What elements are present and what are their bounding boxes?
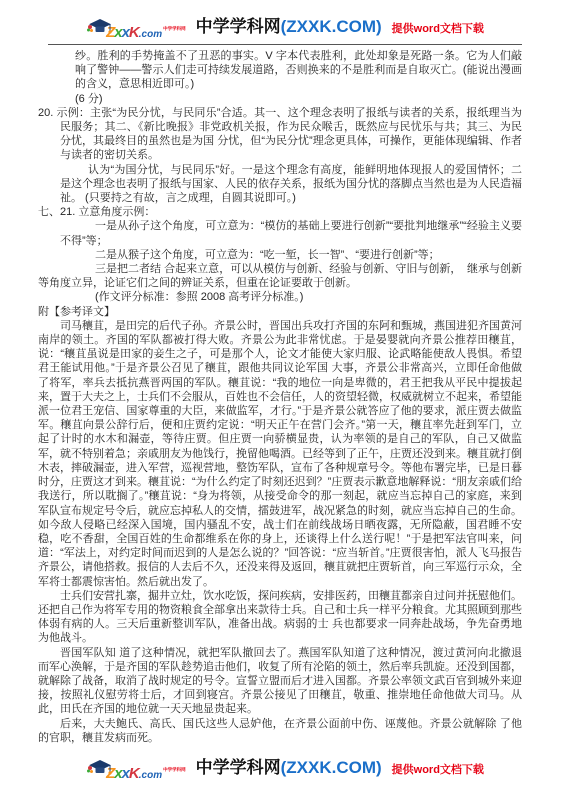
logo-letter-x1: x [114, 24, 121, 41]
site-title: 中学学科网(ZXXK.COM) [196, 18, 382, 35]
zxxk-logo-text: ZxxK.com中学学科网 [106, 766, 186, 781]
zxxk-logo: ZxxK.com中学学科网 [86, 12, 186, 40]
paragraph-alt-answer: 认为“为国分忧，与民同乐”好。一是这个理念有高度，能鲜明地体现报人的爱国情怀；二… [38, 163, 522, 206]
logo-mini-text: 中学学科网 [163, 767, 186, 772]
paragraph-translation-para: 司马穰苴，是田完的后代子孙。齐景公时，晋国出兵攻打齐国的东阿和甄城，燕国进犯齐国… [38, 319, 522, 589]
paragraph-note-line: (作文评分标准：参照 2008 高考评分标准。) [95, 290, 522, 304]
paragraph-translation-para: 士兵们安营扎寨，掘井立灶，饮水吃饭，探问疾病，安排医药，田穰苴都亲自过问并抚慰他… [38, 589, 522, 646]
paragraph-item-continuation: 纱。胜利的手势掩盖不了丑恶的事实。V 字本代表胜利，此处却象是死路一条。它为人们… [75, 49, 522, 92]
site-name: 中学学科网 [196, 17, 281, 36]
graduation-cap-icon [86, 759, 112, 779]
download-tagline-footer: 提供word文档下载 [392, 761, 484, 777]
zxxk-logo-footer: ZxxK.com中学学科网 [86, 753, 186, 781]
document-page: ZxxK.com中学学科网 中学学科网(ZXXK.COM) 提供word文档下载… [0, 0, 570, 800]
logo-letter-x1: x [114, 765, 121, 782]
site-name: 中学学科网 [196, 758, 281, 777]
paragraph-sub-point-flush: 三是把二者结 合起来立意，可以从模仿与创新、经验与创新、守旧与创新， 继承与创新… [38, 262, 522, 290]
logo-letter-k: K [129, 24, 139, 41]
document-body: 纱。胜利的手势掩盖不了丑恶的事实。V 字本代表胜利，此处却象是死路一条。它为人们… [0, 45, 570, 745]
logo-mini-text: 中学学科网 [163, 26, 186, 31]
paragraph-sub-point: 二是从猴子这个角度，可立意为：“吃一堑，长一智”、“要进行创新”等； [38, 248, 522, 262]
logo-letter-k: K [129, 765, 139, 782]
paragraph-sub-point: 一是从孙子这个角度，可立意为：“模仿的基础上要进行创新”“要批判地继承”“经验主… [38, 219, 522, 247]
page-header: ZxxK.com中学学科网 中学学科网(ZXXK.COM) 提供word文档下载 [0, 0, 570, 41]
paragraph-translation-para: 后来，大夫鲍氏、高氏、国氏这些人忌妒他，在齐景公面前中伤、诬蔑他。齐景公就解除 … [38, 717, 522, 745]
logo-dot-com: .com [139, 29, 162, 40]
site-domain: (ZXXK.COM) [281, 758, 382, 777]
paragraph-score-line: (6 分) [75, 92, 522, 106]
paragraph-translation-heading: 附【参考译文】 [38, 305, 522, 319]
site-title-footer: 中学学科网(ZXXK.COM) [196, 759, 382, 776]
logo-letter-x2: x [122, 765, 129, 782]
download-tagline: 提供word文档下载 [392, 20, 484, 36]
graduation-cap-icon [86, 18, 112, 38]
site-domain: (ZXXK.COM) [281, 17, 382, 36]
paragraph-section-heading: 七、21. 立意角度示例： [38, 205, 522, 219]
zxxk-logo-text: ZxxK.com中学学科网 [106, 25, 186, 40]
paragraph-numbered-item: 20. 示例：主张“为民分忧，与民同乐”合适。其一、这个理念表明了报纸与读者的关… [38, 106, 522, 163]
logo-dot-com: .com [139, 770, 162, 781]
page-footer: ZxxK.com中学学科网 中学学科网(ZXXK.COM) 提供word文档下载 [0, 752, 570, 782]
paragraph-translation-para: 晋国军队知 道了这种情况，就把军队撤回去了。燕国军队知道了这种情况，渡过黄河向北… [38, 646, 522, 717]
logo-letter-x2: x [122, 24, 129, 41]
